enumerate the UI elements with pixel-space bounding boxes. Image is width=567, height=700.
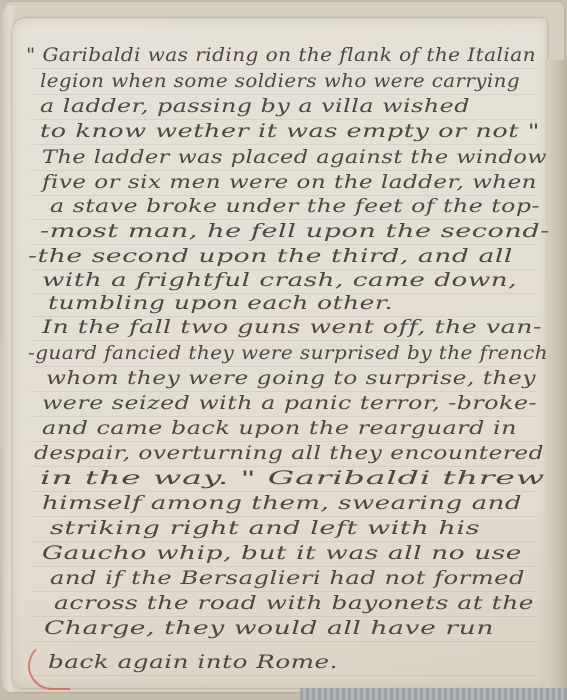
handwritten-line: The ladder was placed against the window [42, 146, 547, 168]
handwritten-line: -most man, he fell upon the second- [40, 220, 550, 242]
ruled-line [30, 340, 537, 341]
handwritten-line: a stave broke under the feet of the top- [50, 195, 540, 217]
handwritten-line: -the second upon the third, and all [28, 245, 513, 267]
handwritten-line: whom they were going to surprise, they [46, 367, 536, 389]
handwritten-line: five or six men were on the ladder, when [42, 171, 537, 193]
handwritten-line: and if the Bersaglieri had not formed [50, 567, 525, 589]
handwritten-line: back again into Rome. [48, 651, 338, 673]
page-right-edge [545, 60, 567, 690]
handwritten-line: " Garibaldi was riding on the flank of t… [26, 44, 536, 66]
handwritten-line: in the way. " Garibaldi threw [40, 467, 545, 489]
handwritten-line: tumbling upon each other. [48, 292, 393, 314]
handwritten-line: Gaucho whip, but it was all no use [42, 542, 522, 564]
bottom-backing-strip [300, 688, 567, 700]
handwritten-line: despair, overturning all they encountere… [34, 442, 544, 464]
handwritten-line: himself among them, swearing and [42, 492, 522, 514]
handwritten-line: and came back upon the rearguard in [42, 417, 517, 439]
handwritten-line: In the fall two guns went off, the van- [42, 316, 542, 338]
handwritten-line: across the road with bayonets at the [54, 592, 534, 614]
handwritten-line: striking right and left with his [50, 517, 480, 539]
handwritten-line: Charge, they would all have run [44, 617, 494, 639]
handwritten-line: legion when some soldiers who were carry… [40, 70, 520, 92]
handwritten-line: with a frightful crash, came down, [42, 269, 517, 291]
handwritten-line: a ladder, passing by a villa wished [40, 95, 470, 117]
handwritten-line: to know wether it was empty or not " [40, 120, 540, 142]
ruled-line [30, 675, 537, 676]
ruled-line [30, 641, 537, 642]
handwritten-line: were seized with a panic terror, -broke- [42, 392, 537, 414]
handwritten-line: -guard fancied they were surprised by th… [28, 342, 548, 364]
ruled-line [30, 144, 537, 145]
ruled-line [30, 68, 537, 69]
